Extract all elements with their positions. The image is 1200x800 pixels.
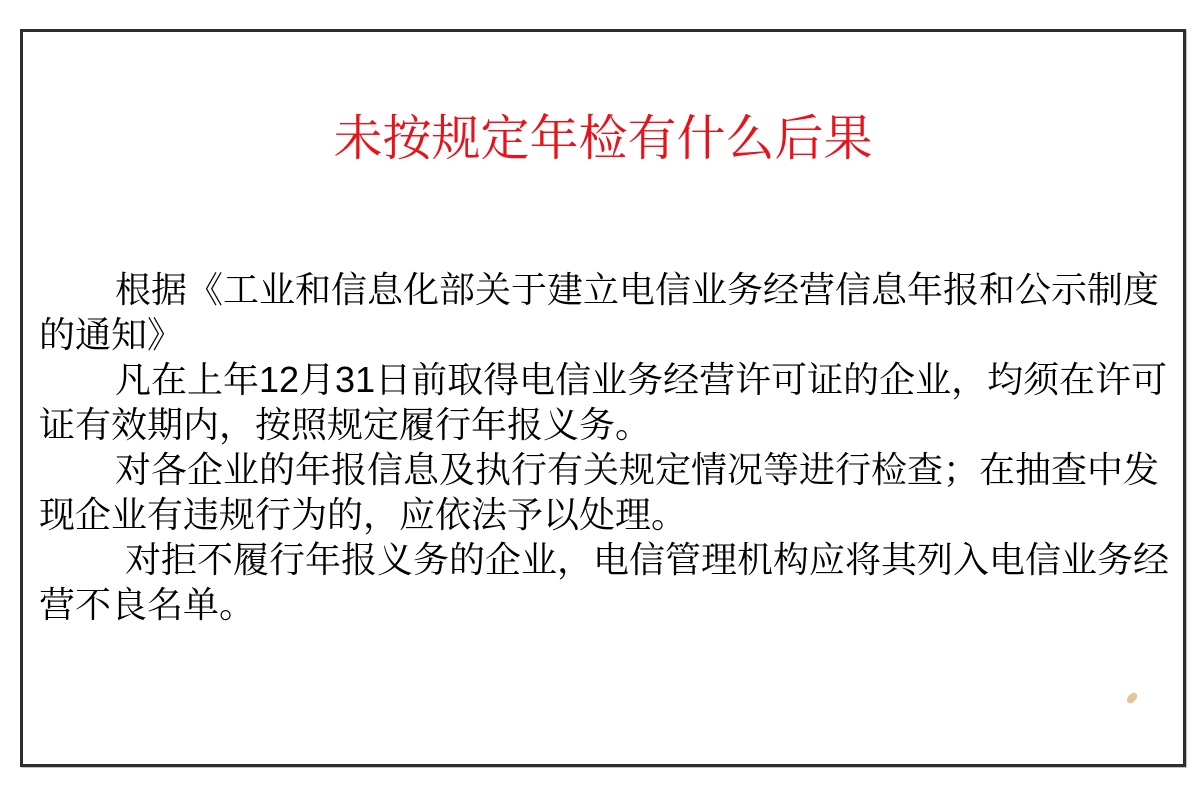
page: 未按规定年检有什么后果 根据《工业和信息化部关于建立电信业务经营信息年报和公示制…	[0, 0, 1200, 800]
document-frame: 未按规定年检有什么后果 根据《工业和信息化部关于建立电信业务经营信息年报和公示制…	[20, 29, 1186, 767]
document-title: 未按规定年检有什么后果	[23, 110, 1183, 169]
paragraph-2: 凡在上年12月31日前取得电信业务经营许可证的企业，均须在许可证有效期内，按照规…	[39, 357, 1183, 447]
paragraph-3: 对各企业的年报信息及执行有关规定情况等进行检查；在抽查中发现企业有违规行为的，应…	[39, 447, 1183, 537]
paragraph-4: 对拒不履行年报义务的企业，电信管理机构应将其列入电信业务经营不良名单。	[39, 537, 1183, 627]
document-body: 根据《工业和信息化部关于建立电信业务经营信息年报和公示制度的通知》 凡在上年12…	[23, 267, 1183, 627]
paragraph-1: 根据《工业和信息化部关于建立电信业务经营信息年报和公示制度的通知》	[39, 267, 1183, 357]
